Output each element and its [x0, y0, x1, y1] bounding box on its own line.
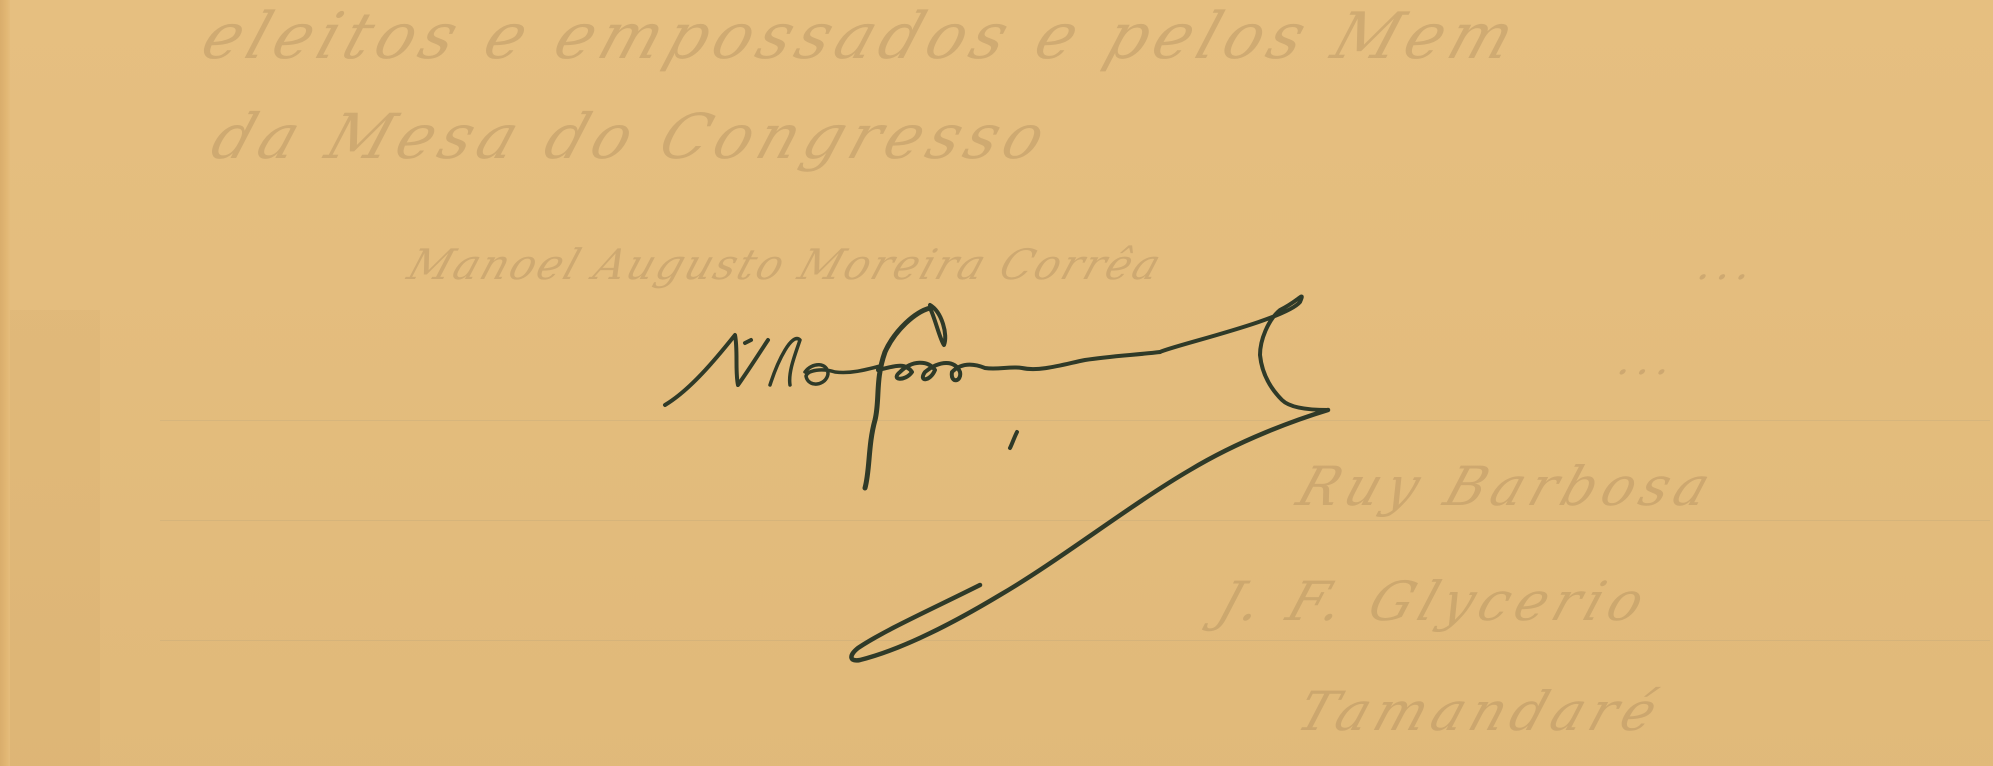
- document-page: eleitos e empossados e pelos Mem da Mesa…: [0, 0, 1993, 766]
- signature: Nilo Peçanha: [0, 0, 1993, 766]
